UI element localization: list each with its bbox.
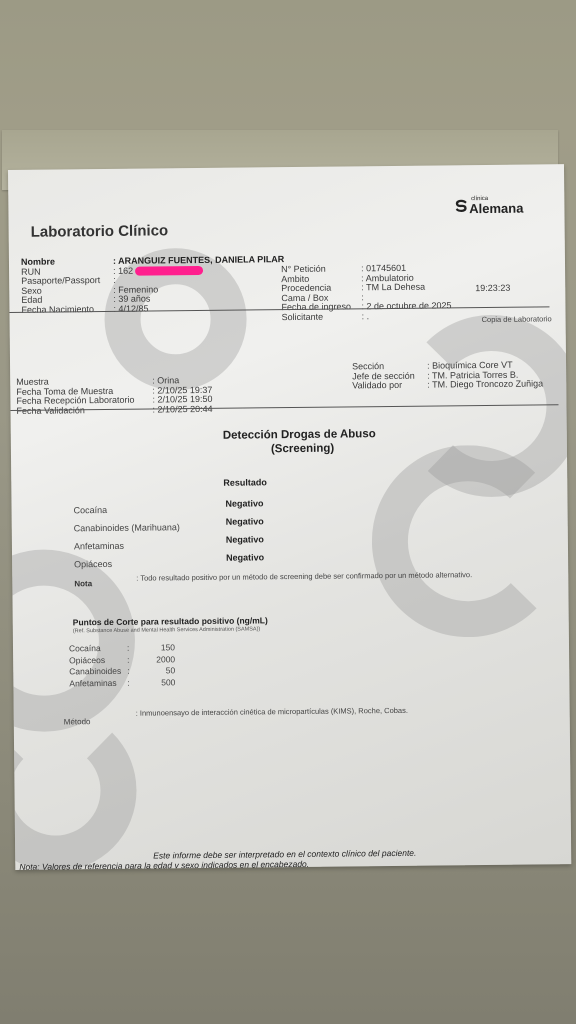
nacimiento-value: : 4/12/85: [113, 305, 148, 315]
separator: :: [127, 666, 137, 678]
clinica-alemana-logo: ട clínica Alemana: [454, 195, 523, 216]
cutoff-value: 500: [137, 677, 175, 689]
analyte-name: Canabinoides (Marihuana): [74, 522, 226, 534]
test-title: Detección Drogas de Abuso: [223, 428, 376, 442]
table-row: Anfetaminas:500: [69, 677, 175, 690]
cutoff-name: Cocaína: [69, 643, 127, 655]
procedencia-value: : TM La Dehesa: [361, 283, 425, 293]
watermark-logo-shape: [371, 444, 565, 638]
logo-big-text: Alemana: [469, 201, 523, 215]
redaction-mark: [135, 266, 203, 276]
method-label: Método: [64, 717, 91, 726]
nota-label: Nota: [74, 579, 92, 588]
watermark-logo-shape: [8, 709, 137, 870]
analyte-name: Anfetaminas: [74, 540, 226, 552]
cutoff-name: Canabinoides: [69, 666, 127, 678]
section-info: Sección: Bioquímica Core VT Jefe de secc…: [352, 360, 543, 391]
copy-label: Copia de Laboratorio: [482, 314, 552, 324]
separator: :: [127, 677, 137, 689]
separator: :: [127, 654, 137, 666]
table-row: CocaínaNegativo: [73, 495, 263, 515]
validacion-label: Fecha Validación: [16, 405, 152, 416]
analyte-result: Negativo: [225, 498, 263, 508]
analyte-name: Opiáceos: [74, 558, 226, 570]
cutoff-table: Cocaína:150 Opiáceos:2000 Canabinoides:5…: [69, 642, 175, 689]
validado-value: : TM. Diego Troncozo Zuñiga: [427, 380, 543, 391]
analyte-name: Cocaína: [74, 504, 226, 516]
cutoff-title: Puntos de Corte para resultado positivo …: [73, 615, 268, 627]
result-column-header: Resultado: [223, 477, 267, 487]
run-value: : 162: [113, 266, 133, 276]
table-row: Canabinoides (Marihuana)Negativo: [74, 513, 264, 533]
lab-title: Laboratorio Clínico: [31, 222, 169, 240]
separator: :: [127, 643, 137, 655]
solicitante-label: Solicitante: [282, 312, 362, 322]
test-subtitle: (Screening): [271, 443, 334, 456]
ingreso-time: 19:23:23: [475, 283, 510, 293]
patient-info: Nombre: ARANGUIZ FUENTES, DANIELA PILAR …: [21, 255, 285, 315]
footer-line-2: Nota: Valores de referencia para la edad…: [19, 859, 309, 870]
request-info: N° Petición: 01745601 Ambito: Ambulatori…: [281, 263, 452, 322]
validacion-value: : 2/10/25 20:44: [152, 405, 212, 415]
cutoff-value: 50: [137, 665, 175, 677]
analyte-result: Negativo: [226, 516, 264, 526]
table-row: OpiáceosNegativo: [74, 549, 264, 569]
cutoff-name: Anfetaminas: [69, 677, 127, 689]
watermark-logo-shape: [8, 549, 136, 733]
cutoff-value: 2000: [137, 654, 175, 666]
cutoff-value: 150: [137, 642, 175, 654]
cutoff-name: Opiáceos: [69, 654, 127, 666]
table-row: AnfetaminasNegativo: [74, 531, 264, 551]
analyte-result: Negativo: [226, 552, 264, 562]
lab-report-page: Laboratorio Clínico ട clínica Alemana No…: [8, 164, 571, 870]
cutoff-reference: (Ref. Substance Abuse and Mental Health …: [73, 626, 260, 634]
validado-label: Validado por: [352, 381, 427, 391]
nombre-value: : ARANGUIZ FUENTES, DANIELA PILAR: [113, 255, 284, 266]
analyte-result: Negativo: [226, 534, 264, 544]
alemana-logo-icon: ട: [454, 195, 466, 215]
solicitante-value: : .: [362, 312, 370, 322]
method-text: : Inmunoensayo de interacción cinética d…: [136, 706, 408, 718]
results-table: CocaínaNegativo Canabinoides (Marihuana)…: [73, 495, 264, 569]
